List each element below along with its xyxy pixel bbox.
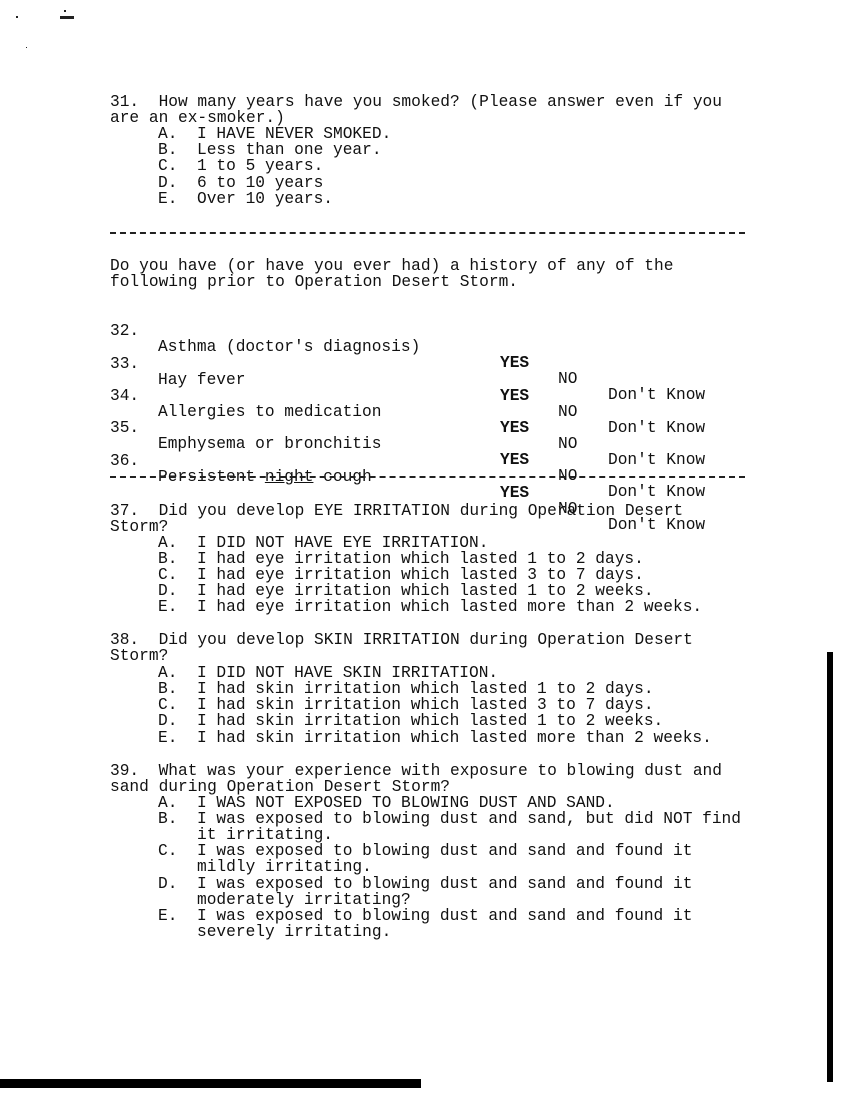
- yes-option[interactable]: YES: [500, 485, 529, 501]
- history-row-33: 33. Hay fever YES NO Don't Know: [110, 340, 750, 356]
- question-38-text-cont: Storm?: [110, 648, 168, 664]
- option-text: I WAS NOT EXPOSED TO BLOWING DUST AND SA…: [197, 795, 615, 811]
- option-text: I had skin irritation which lasted more …: [197, 730, 712, 746]
- history-row-36: 36. Persistent night cough YES NO Don't …: [110, 437, 750, 453]
- yes-option[interactable]: YES: [500, 420, 529, 436]
- option-c[interactable]: C.I was exposed to blowing dust and sand…: [158, 843, 177, 859]
- option-text: I DID NOT HAVE SKIN IRRITATION.: [197, 665, 498, 681]
- history-intro: Do you have (or have you ever had) a his…: [110, 258, 673, 274]
- option-letter: D.: [158, 875, 177, 893]
- option-text: I DID NOT HAVE EYE IRRITATION.: [197, 535, 488, 551]
- dont-know-option[interactable]: Don't Know: [608, 484, 705, 500]
- scan-speck: [26, 47, 27, 48]
- scan-edge-bar-bottom: [0, 1079, 421, 1088]
- option-text: I HAVE NEVER SMOKED.: [197, 126, 391, 142]
- yes-option[interactable]: YES: [500, 388, 529, 404]
- option-text: I was exposed to blowing dust and sand a…: [197, 908, 692, 924]
- option-text: I had skin irritation which lasted 3 to …: [197, 697, 654, 713]
- option-b[interactable]: B.I had eye irritation which lasted 1 to…: [158, 551, 177, 567]
- scan-speck: [64, 10, 66, 12]
- option-e[interactable]: E.I was exposed to blowing dust and sand…: [158, 908, 177, 924]
- dashed-divider: [110, 232, 745, 234]
- option-text: I had skin irritation which lasted 1 to …: [197, 681, 654, 697]
- option-d[interactable]: D.I was exposed to blowing dust and sand…: [158, 876, 177, 892]
- option-e[interactable]: E.I had skin irritation which lasted mor…: [158, 730, 177, 746]
- option-d[interactable]: D.I had skin irritation which lasted 1 t…: [158, 713, 177, 729]
- option-text: I had eye irritation which lasted more t…: [197, 599, 702, 615]
- option-letter: E.: [158, 729, 177, 747]
- option-a[interactable]: A.I WAS NOT EXPOSED TO BLOWING DUST AND …: [158, 795, 177, 811]
- dashed-divider: [110, 476, 745, 478]
- question-31-text-cont: are an ex-smoker.): [110, 110, 285, 126]
- history-row-32: 32. Asthma (doctor's diagnosis) YES NO D…: [110, 307, 750, 323]
- option-a[interactable]: A.I HAVE NEVER SMOKED.: [158, 126, 177, 142]
- history-intro-cont: following prior to Operation Desert Stor…: [110, 274, 518, 290]
- option-d[interactable]: D.I had eye irritation which lasted 1 to…: [158, 583, 177, 599]
- option-text: Over 10 years.: [197, 191, 333, 207]
- option-b[interactable]: B.Less than one year.: [158, 142, 177, 158]
- item-number: 33.: [110, 356, 139, 372]
- question-39-text: 39. What was your experience with exposu…: [110, 763, 722, 779]
- option-e-cont: severely irritating.: [197, 924, 391, 940]
- option-a[interactable]: A.I DID NOT HAVE SKIN IRRITATION.: [158, 665, 177, 681]
- scan-speck: [60, 16, 74, 19]
- question-37-text-cont: Storm?: [110, 519, 168, 535]
- option-text: I had eye irritation which lasted 1 to 2…: [197, 583, 654, 599]
- option-letter: C.: [158, 842, 177, 860]
- option-text: I had skin irritation which lasted 1 to …: [197, 713, 663, 729]
- option-text: I was exposed to blowing dust and sand a…: [197, 876, 692, 892]
- dont-know-option[interactable]: Don't Know: [608, 420, 705, 436]
- yes-option[interactable]: YES: [500, 355, 529, 371]
- option-b[interactable]: B.I had skin irritation which lasted 1 t…: [158, 681, 177, 697]
- option-text: I was exposed to blowing dust and sand a…: [197, 843, 692, 859]
- history-row-35: 35. Emphysema or bronchitis YES NO Don't…: [110, 404, 750, 420]
- option-b-cont: it irritating.: [197, 827, 333, 843]
- option-text: I was exposed to blowing dust and sand, …: [197, 811, 741, 827]
- option-e[interactable]: E.I had eye irritation which lasted more…: [158, 599, 177, 615]
- item-number: 36.: [110, 453, 139, 469]
- option-c-cont: mildly irritating.: [197, 859, 372, 875]
- option-letter: C.: [158, 157, 177, 175]
- option-text: I had eye irritation which lasted 3 to 7…: [197, 567, 644, 583]
- option-d[interactable]: D.6 to 10 years: [158, 175, 177, 191]
- option-d-cont: moderately irritating?: [197, 892, 411, 908]
- questionnaire-page: 31. How many years have you smoked? (Ple…: [0, 0, 850, 1094]
- item-number: 32.: [110, 323, 139, 339]
- option-c[interactable]: C.1 to 5 years.: [158, 158, 177, 174]
- question-37-text: 37. Did you develop EYE IRRITATION durin…: [110, 503, 683, 519]
- option-text: 1 to 5 years.: [197, 158, 323, 174]
- yes-option[interactable]: YES: [500, 452, 529, 468]
- history-row-34: 34. Allergies to medication YES NO Don't…: [110, 372, 750, 388]
- dont-know-option[interactable]: Don't Know: [608, 452, 705, 468]
- option-text: 6 to 10 years: [197, 175, 323, 191]
- question-38-text: 38. Did you develop SKIN IRRITATION duri…: [110, 632, 693, 648]
- option-b[interactable]: B.I was exposed to blowing dust and sand…: [158, 811, 177, 827]
- option-letter: E.: [158, 598, 177, 616]
- question-31-text: 31. How many years have you smoked? (Ple…: [110, 94, 722, 110]
- item-number: 34.: [110, 388, 139, 404]
- option-letter: E.: [158, 907, 177, 925]
- option-letter: B.: [158, 810, 177, 828]
- option-letter: D.: [158, 712, 177, 730]
- scan-speck: [16, 16, 18, 18]
- question-39-text-cont: sand during Operation Desert Storm?: [110, 779, 450, 795]
- option-c[interactable]: C.I had eye irritation which lasted 3 to…: [158, 567, 177, 583]
- option-text: I had eye irritation which lasted 1 to 2…: [197, 551, 644, 567]
- option-c[interactable]: C.I had skin irritation which lasted 3 t…: [158, 697, 177, 713]
- option-e[interactable]: E.Over 10 years.: [158, 191, 177, 207]
- scan-edge-bar-right: [827, 652, 833, 1082]
- option-a[interactable]: A.I DID NOT HAVE EYE IRRITATION.: [158, 535, 177, 551]
- option-text: Less than one year.: [197, 142, 382, 158]
- dont-know-option[interactable]: Don't Know: [608, 387, 705, 403]
- option-letter: E.: [158, 190, 177, 208]
- item-number: 35.: [110, 420, 139, 436]
